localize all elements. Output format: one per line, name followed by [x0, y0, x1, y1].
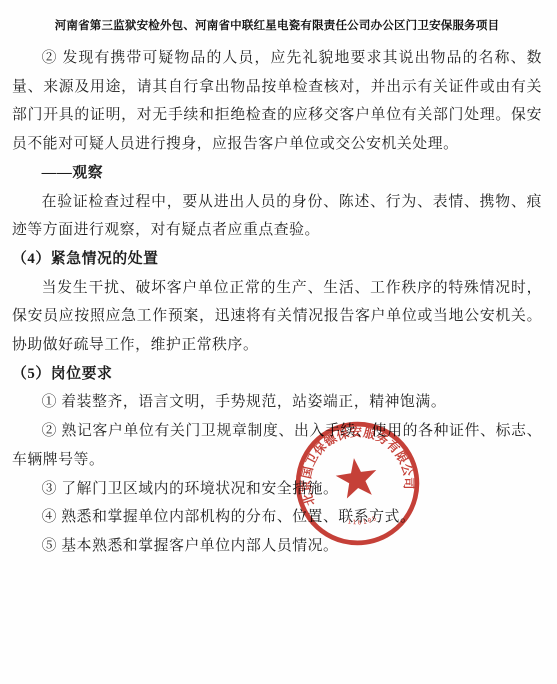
- document-title: 河南省第三监狱安检外包、河南省中联红星电瓷有限责任公司办公区门卫安保服务项目: [22, 19, 532, 34]
- requirement-item-1: ① 着装整齐，语言文明，手势规范，站姿端正，精神饱满。: [12, 388, 542, 417]
- requirement-item-3: ③ 了解门卫区域内的环境状况和安全措施。: [12, 475, 542, 504]
- section-heading-emergency: （4）紧急情况的处置: [12, 245, 542, 274]
- requirement-item-5: ⑤ 基本熟悉和掌握客户单位内部人员情况。: [12, 532, 542, 561]
- paragraph-suspicious-items: ② 发现有携带可疑物品的人员，应先礼貌地要求其说出物品的名称、数量、来源及用途，…: [12, 44, 542, 159]
- section-heading-post-requirements: （5）岗位要求: [12, 360, 542, 389]
- paragraph-emergency-detail: 当发生干扰、破坏客户单位正常的生产、生活、工作秩序的特殊情况时，保安员应按照应急…: [12, 274, 542, 360]
- requirement-item-4: ④ 熟悉和掌握单位内部机构的分布、位置、联系方式。: [12, 503, 542, 532]
- subheading-observation: ——观察: [12, 159, 542, 188]
- requirement-item-2: ② 熟记客户单位有关门卫规章制度、出入手续、使用的各种证件、标志、车辆牌号等。: [12, 417, 542, 474]
- paragraph-observation-detail: 在验证检查过程中，要从进出人员的身份、陈述、行为、表情、携物、痕迹等方面进行观察…: [12, 188, 542, 245]
- document-page: 河南省第三监狱安检外包、河南省中联红星电瓷有限责任公司办公区门卫安保服务项目 ②…: [0, 0, 557, 684]
